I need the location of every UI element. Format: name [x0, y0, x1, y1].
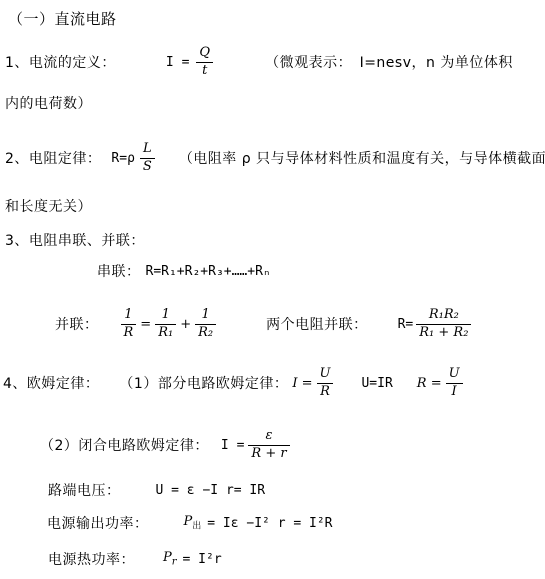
terminal-voltage-row: 路端电压： U = ε −I r= IR	[48, 480, 265, 500]
fraction-numerator: 1	[195, 308, 216, 325]
fraction-numerator: 1	[121, 308, 137, 325]
closed-circuit-lhs: I =	[221, 438, 244, 453]
fraction-numerator: R₁R₂	[416, 308, 471, 325]
parallel-row: 并联： 1 R = 1 R₁ + 1 R₂ 两个电阻并联： R= R₁R₂ R₁…	[55, 300, 471, 348]
ohm-f3-fraction: U I	[446, 367, 463, 400]
resistance-law-label: 2、电阻定律：	[5, 148, 101, 168]
document-page: （一）直流电路 1、电流的定义： I = Q t （微观表示： I=nesv，n…	[0, 0, 545, 579]
output-power-row: 电源输出功率： P出 = Iε −I² r = I²R	[47, 513, 333, 533]
fraction-denominator: t	[196, 63, 213, 79]
page-title: （一）直流电路	[8, 8, 117, 29]
series-label: 串联：	[97, 261, 141, 281]
resistance-law-row: 2、电阻定律： R=ρ L S （电阻率 ρ 只与导体材料性质和温度有关，与导体…	[5, 136, 545, 180]
closed-circuit-row: （2）闭合电路欧姆定律： I = ε R + r	[40, 424, 290, 466]
ohm-f1-fraction: U R	[317, 367, 334, 400]
heat-power-symbol: Pr	[163, 550, 177, 568]
ohm-f1-lhs: I =	[292, 376, 312, 391]
fraction-numerator: ε	[248, 429, 289, 446]
parallel-fraction-1: 1 R	[121, 308, 137, 341]
output-power-formula: = Iε −I² r = I²R	[207, 516, 332, 531]
series-parallel-label: 3、电阻串联、并联：	[5, 230, 145, 250]
fraction-denominator: R₂	[195, 325, 216, 341]
current-formula-lhs: I =	[166, 55, 189, 70]
ohm-part2-label: （2）闭合电路欧姆定律：	[40, 435, 209, 455]
output-power-label: 电源输出功率：	[47, 513, 149, 533]
series-formula: R=R₁+R₂+R₃+……+Rₙ	[146, 264, 271, 279]
terminal-voltage-formula: U = ε −I r= IR	[156, 483, 266, 498]
resistance-formula-lhs: R=ρ	[111, 151, 134, 166]
ohm-f3-lhs: R =	[417, 376, 442, 391]
current-micro-note-continued: 内的电荷数）	[5, 93, 92, 113]
fraction-denominator: S	[140, 159, 155, 175]
ohm-part1-label: （1）部分电路欧姆定律：	[119, 373, 288, 393]
ohm-law-label: 4、欧姆定律：	[3, 373, 99, 393]
current-definition-label: 1、电流的定义：	[5, 52, 116, 72]
resistivity-note-continued: 和长度无关）	[5, 196, 92, 216]
parallel-fraction-3: 1 R₂	[195, 308, 216, 341]
fraction-numerator: Q	[196, 46, 213, 63]
two-resistor-parallel-label: 两个电阻并联：	[266, 314, 368, 334]
plus-sign: +	[180, 317, 191, 332]
current-definition-row: 1、电流的定义： I = Q t （微观表示： I=nesv，n 为单位体积	[5, 38, 513, 86]
fraction-numerator: U	[317, 367, 334, 384]
fraction-denominator: R	[317, 384, 334, 400]
equals-sign: =	[140, 317, 151, 332]
heat-power-formula: = I²r	[183, 552, 222, 567]
fraction-denominator: R + r	[248, 446, 289, 462]
closed-circuit-fraction: ε R + r	[248, 429, 289, 462]
power-subscript-out: 出	[192, 522, 201, 532]
heat-power-row: 电源热功率： Pr = I²r	[48, 549, 222, 569]
fraction-denominator: R	[121, 325, 137, 341]
ohm-law-row: 4、欧姆定律： （1）部分电路欧姆定律： I = U R U=IR R = U …	[3, 363, 463, 403]
parallel-label: 并联：	[55, 314, 99, 334]
output-power-symbol: P出	[184, 514, 202, 532]
current-formula-fraction: Q t	[196, 46, 213, 79]
terminal-voltage-label: 路端电压：	[48, 480, 121, 500]
current-micro-note: （微观表示： I=nesv，n 为单位体积	[265, 52, 513, 72]
two-resistor-formula-lhs: R=	[398, 317, 414, 332]
fraction-numerator: L	[140, 142, 155, 159]
fraction-numerator: U	[446, 367, 463, 384]
fraction-denominator: R₁ + R₂	[416, 325, 471, 341]
power-variable: P	[184, 514, 193, 529]
two-resistor-fraction: R₁R₂ R₁ + R₂	[416, 308, 471, 341]
series-row: 串联： R=R₁+R₂+R₃+……+Rₙ	[97, 261, 271, 281]
fraction-denominator: I	[446, 384, 463, 400]
ohm-f2-formula: U=IR	[361, 376, 392, 391]
resistivity-note: （电阻率 ρ 只与导体材料性质和温度有关，与导体横截面积	[179, 148, 545, 168]
parallel-fraction-2: 1 R₁	[155, 308, 176, 341]
fraction-denominator: R₁	[155, 325, 176, 341]
resistance-formula-fraction: L S	[140, 142, 155, 175]
power-variable: P	[163, 550, 172, 565]
power-subscript-r: r	[172, 557, 177, 568]
fraction-numerator: 1	[155, 308, 176, 325]
heat-power-label: 电源热功率：	[48, 549, 135, 569]
